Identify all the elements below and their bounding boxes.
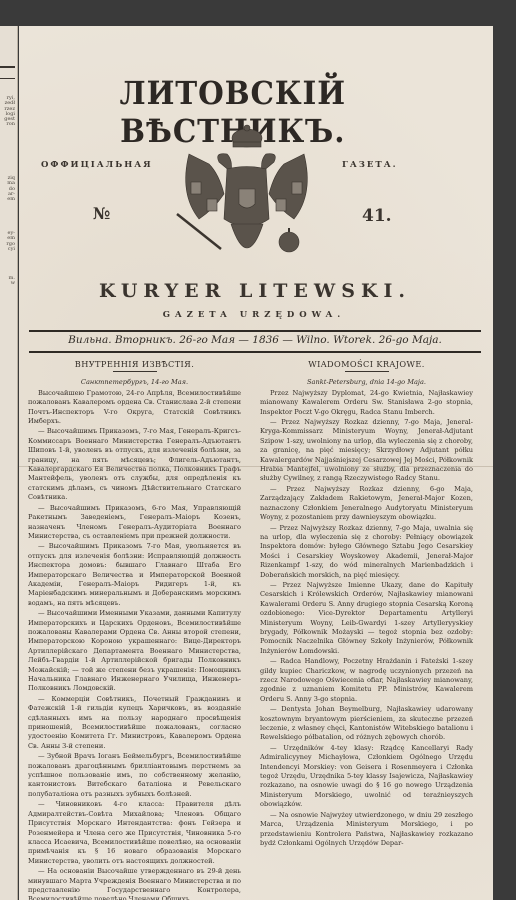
article-paragraph: — Высочайшими Именными Указами, данными … (28, 609, 241, 694)
issue-number: 41. (362, 206, 392, 226)
masthead-subtitle-polish: GAZETA URZĘDOWA. (129, 310, 379, 320)
text-fragment: m. w (1, 276, 15, 287)
article-paragraph: — Przez Najwyższy Rozkaz dzienny, 6-go M… (260, 485, 473, 523)
double-headed-eagle-icon (169, 124, 324, 274)
right-column-polish: WIADOMOŚCI KRAJOWE. Sankt-Petersburg, dn… (260, 360, 473, 848)
article-paragraph: — Przez Najwyższe Imienne Ukazy, dane do… (260, 581, 473, 656)
divider (29, 351, 481, 353)
article-paragraph: — Высочайшимъ Приказомъ, 6-го Мая, Управ… (28, 504, 241, 542)
masthead-gazette-label: ГАЗЕТА. (342, 160, 398, 170)
article-paragraph: — Na osnowie Najwyżey utwierdzonego, w d… (260, 811, 473, 849)
divider (345, 371, 389, 372)
text-fragment: ryi, zedł rzez logi gest ron (1, 96, 15, 128)
article-paragraph: — Коммерціи Совѣтникъ, Почетный Граждани… (28, 695, 241, 751)
dateline-polish: Wilno. Wtorek. 26-go Maja. (296, 334, 442, 346)
article-paragraph: — Przez Najwyższy Rozkaz dzienny, 7-go M… (260, 418, 473, 484)
article-paragraph: — Чиновниковъ 4-го класса: Правителя дѣл… (28, 800, 241, 866)
article-paragraph: — Dentysta Johan Beymelburg, Najłaskawie… (260, 705, 473, 743)
article-paragraph: — На основаніи Высочайше утвержденнаго в… (28, 867, 241, 900)
divider (0, 66, 15, 68)
issue-number-label: № (93, 204, 110, 223)
article-paragraph: Przez Najwyższy Dyplomat, 24-go Kwietnia… (260, 389, 473, 417)
dateline-year: — 1836 — (238, 334, 292, 346)
masthead-title-polish: KURYER LITEWSKI. (65, 280, 445, 302)
article-paragraph: Высочайшею Грамотою, 24-го Апрѣля, Всеми… (28, 389, 241, 427)
text-fragment: ey- em rgo cyi (1, 231, 15, 252)
place-date: Sankt-Petersburg, dnia 14-go Maja. (260, 378, 473, 387)
divider (29, 330, 481, 332)
left-column-russian: ВНУТРЕННІЯ ИЗВѢСТІЯ. Санктпетербургъ, 14… (28, 360, 241, 900)
article-paragraph: — Высочайшимъ Приказомъ 7-го Мая, увольн… (28, 542, 241, 608)
article-paragraph: — Зубной Врачъ Іоганъ Беймельбургъ, Всем… (28, 752, 241, 799)
article-paragraph: — Przez Najwyższy Rozkaz dzienny, 7-go M… (260, 524, 473, 580)
dateline: Вильна. Вторникъ. 26-го Мая — 1836 — Wil… (29, 334, 481, 346)
dateline-russian: Вильна. Вторникъ. 26-го Мая (68, 334, 235, 346)
previous-page-edge: ryi, zedł rzez logi gest ron ziq ma do a… (0, 26, 18, 900)
article-paragraph: — Radca Handlowy, Poczetny Hrażdanin i F… (260, 657, 473, 704)
newspaper-page: ЛИТОВСКІЙ ВѢСТНИКЪ. ОФФИЦІАЛЬНАЯ ГАЗЕТА.… (19, 26, 493, 900)
place-date: Санктпетербургъ, 14-го Мая. (28, 378, 241, 387)
section-heading: WIADOMOŚCI KRAJOWE. (260, 360, 473, 369)
text-fragment: ziq ma do ar- em (1, 176, 15, 202)
masthead-official-label: ОФФИЦІАЛЬНАЯ (41, 160, 153, 170)
paper-fold (19, 466, 493, 467)
article-paragraph: — Urzędników 4-tey klasy: Rządcę Kancell… (260, 744, 473, 810)
divider (0, 78, 15, 79)
divider (113, 371, 157, 372)
section-heading: ВНУТРЕННІЯ ИЗВѢСТІЯ. (28, 360, 241, 369)
